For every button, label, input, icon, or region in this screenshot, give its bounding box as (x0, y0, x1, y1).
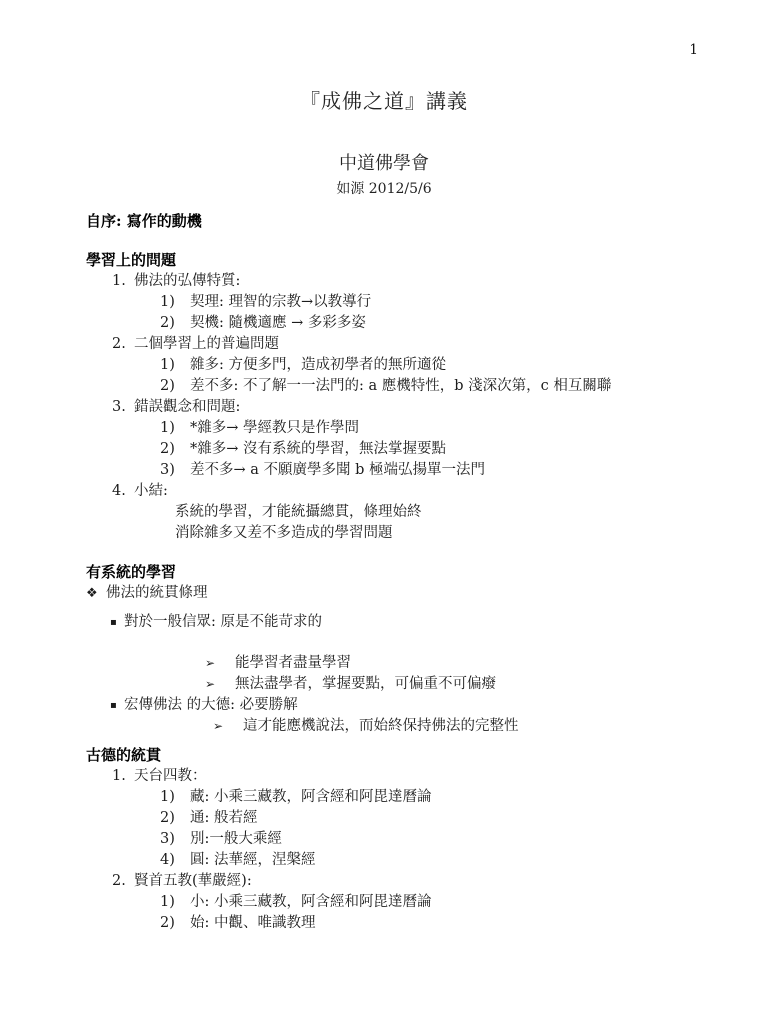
line-text: 自序: 寫作的動機 (86, 211, 708, 232)
title-block: 『成佛之道』講義 中道佛學會 如源 2012/5/6 (0, 0, 768, 198)
list-number: 1. (112, 271, 134, 292)
doc-line: 1.佛法的弘傳特質: (86, 271, 708, 292)
doc-line: ➢無法盡學者，掌握要點，可偏重不可偏癈 (86, 674, 708, 695)
line-text: 雜多: 方便多門，造成初學者的無所適從 (190, 355, 708, 376)
doc-line: ➢能學習者盡量學習 (86, 653, 708, 674)
list-number: 3) (160, 460, 190, 481)
doc-line: 4)圓: 法華經，涅槃經 (86, 850, 708, 871)
doc-line: 2)*雜多→ 沒有系統的學習，無法掌握要點 (86, 439, 708, 460)
doc-line: 1)雜多: 方便多門，造成初學者的無所適從 (86, 355, 708, 376)
doc-line: 1.天台四教： (86, 766, 708, 787)
line-text: 差不多: 不了解一一法門的: a 應機特性，b 淺深次第，c 相互關聯 (190, 376, 708, 397)
doc-line: 消除雜多又差不多造成的學習問題 (86, 523, 708, 544)
line-text: 小: 小乘三藏教，阿含經和阿毘達曆論 (190, 892, 708, 913)
list-number: 2) (160, 808, 190, 829)
page-number: 1 (689, 42, 698, 58)
doc-line: 1)小: 小乘三藏教，阿含經和阿毘達曆論 (86, 892, 708, 913)
line-text: 這才能應機說法，而始終保持佛法的完整性 (243, 716, 708, 737)
section-heading: 學習上的問題 (86, 250, 708, 271)
line-text: 佛法的統貫條理 (106, 583, 708, 604)
line-text: 別:一般大乘經 (190, 829, 708, 850)
line-text: 錯誤觀念和問題: (134, 397, 708, 418)
line-text: 無法盡學者，掌握要點，可偏重不可偏癈 (235, 674, 708, 695)
list-number: 2) (160, 376, 190, 397)
list-number: 1) (160, 292, 190, 313)
line-text: 通: 般若經 (190, 808, 708, 829)
line-text: 始: 中觀、唯識教理 (190, 913, 708, 934)
doc-line: 2)通: 般若經 (86, 808, 708, 829)
doc-line: 2)始: 中觀、唯識教理 (86, 913, 708, 934)
document-byline: 如源 2012/5/6 (0, 180, 768, 198)
list-number: 1) (160, 355, 190, 376)
line-text: 宏傳佛法 的大德: 必要勝解 (124, 695, 708, 716)
diamond-bullet-icon: ❖ (86, 583, 106, 604)
document-title: 『成佛之道』講義 (0, 88, 768, 114)
line-text: 差不多→ a 不願廣學多聞 b 極端弘揚單一法門 (190, 460, 708, 481)
line-text: 小結: (134, 481, 708, 502)
square-bullet-icon: ▪ (110, 695, 124, 716)
line-text: 消除雜多又差不多造成的學習問題 (175, 523, 708, 544)
doc-line: 3)差不多→ a 不願廣學多聞 b 極端弘揚單一法門 (86, 460, 708, 481)
document-subtitle: 中道佛學會 (0, 152, 768, 176)
line-text: 能學習者盡量學習 (235, 653, 708, 674)
line-text: 賢首五教(華嚴經): (134, 871, 708, 892)
list-number: 2) (160, 313, 190, 334)
line-text: 藏: 小乘三藏教，阿含經和阿毘達曆論 (190, 787, 708, 808)
doc-line: ❖佛法的統貫條理 (86, 583, 708, 604)
list-number: 1) (160, 787, 190, 808)
doc-line: 系統的學習，才能統攝總貫，條理始終 (86, 502, 708, 523)
list-number: 2. (112, 334, 134, 355)
arrow-bullet-icon: ➢ (205, 674, 235, 695)
list-number: 1. (112, 766, 134, 787)
doc-line: 2.二個學習上的普遍問題 (86, 334, 708, 355)
list-number: 4. (112, 481, 134, 502)
doc-line: 3)別:一般大乘經 (86, 829, 708, 850)
doc-line: ➢這才能應機說法，而始終保持佛法的完整性 (86, 716, 708, 737)
document-page: 1 『成佛之道』講義 中道佛學會 如源 2012/5/6 自序: 寫作的動機學習… (0, 0, 768, 1024)
line-text: *雜多→ 學經教只是作學問 (190, 418, 708, 439)
list-number: 2. (112, 871, 134, 892)
arrow-bullet-icon: ➢ (213, 716, 243, 737)
list-number: 1) (160, 892, 190, 913)
document-body: 自序: 寫作的動機學習上的問題1.佛法的弘傳特質:1)契理: 理智的宗教→以教導… (0, 198, 768, 934)
doc-line: ▪宏傳佛法 的大德: 必要勝解 (86, 695, 708, 716)
section-heading: 古德的統貫 (86, 745, 708, 766)
square-bullet-icon: ▪ (110, 612, 124, 633)
line-text: 有系統的學習 (86, 562, 708, 583)
section-heading: 自序: 寫作的動機 (86, 211, 708, 232)
line-text: 系統的學習，才能統攝總貫，條理始終 (175, 502, 708, 523)
line-text: 契理: 理智的宗教→以教導行 (190, 292, 708, 313)
doc-line: 1)契理: 理智的宗教→以教導行 (86, 292, 708, 313)
section-heading: 有系統的學習 (86, 562, 708, 583)
list-number: 2) (160, 439, 190, 460)
doc-line: 2)差不多: 不了解一一法門的: a 應機特性，b 淺深次第，c 相互關聯 (86, 376, 708, 397)
doc-line: 3.錯誤觀念和問題: (86, 397, 708, 418)
line-text: 二個學習上的普遍問題 (134, 334, 708, 355)
line-text: 天台四教： (134, 766, 708, 787)
doc-line: ▪對於一般信眾: 原是不能苛求的 (86, 612, 708, 633)
list-number: 3) (160, 829, 190, 850)
doc-line: 1)藏: 小乘三藏教，阿含經和阿毘達曆論 (86, 787, 708, 808)
doc-line: 1)*雜多→ 學經教只是作學問 (86, 418, 708, 439)
line-text: 圓: 法華經，涅槃經 (190, 850, 708, 871)
list-number: 2) (160, 913, 190, 934)
line-text: 佛法的弘傳特質: (134, 271, 708, 292)
doc-line: 2)契機: 隨機適應 → 多彩多姿 (86, 313, 708, 334)
list-number: 3. (112, 397, 134, 418)
list-number: 4) (160, 850, 190, 871)
line-text: 古德的統貫 (86, 745, 708, 766)
line-text: 對於一般信眾: 原是不能苛求的 (124, 612, 708, 633)
line-text: 契機: 隨機適應 → 多彩多姿 (190, 313, 708, 334)
arrow-bullet-icon: ➢ (205, 653, 235, 674)
line-text: *雜多→ 沒有系統的學習，無法掌握要點 (190, 439, 708, 460)
list-number: 1) (160, 418, 190, 439)
doc-line: 4.小結: (86, 481, 708, 502)
line-text: 學習上的問題 (86, 250, 708, 271)
doc-line: 2.賢首五教(華嚴經): (86, 871, 708, 892)
